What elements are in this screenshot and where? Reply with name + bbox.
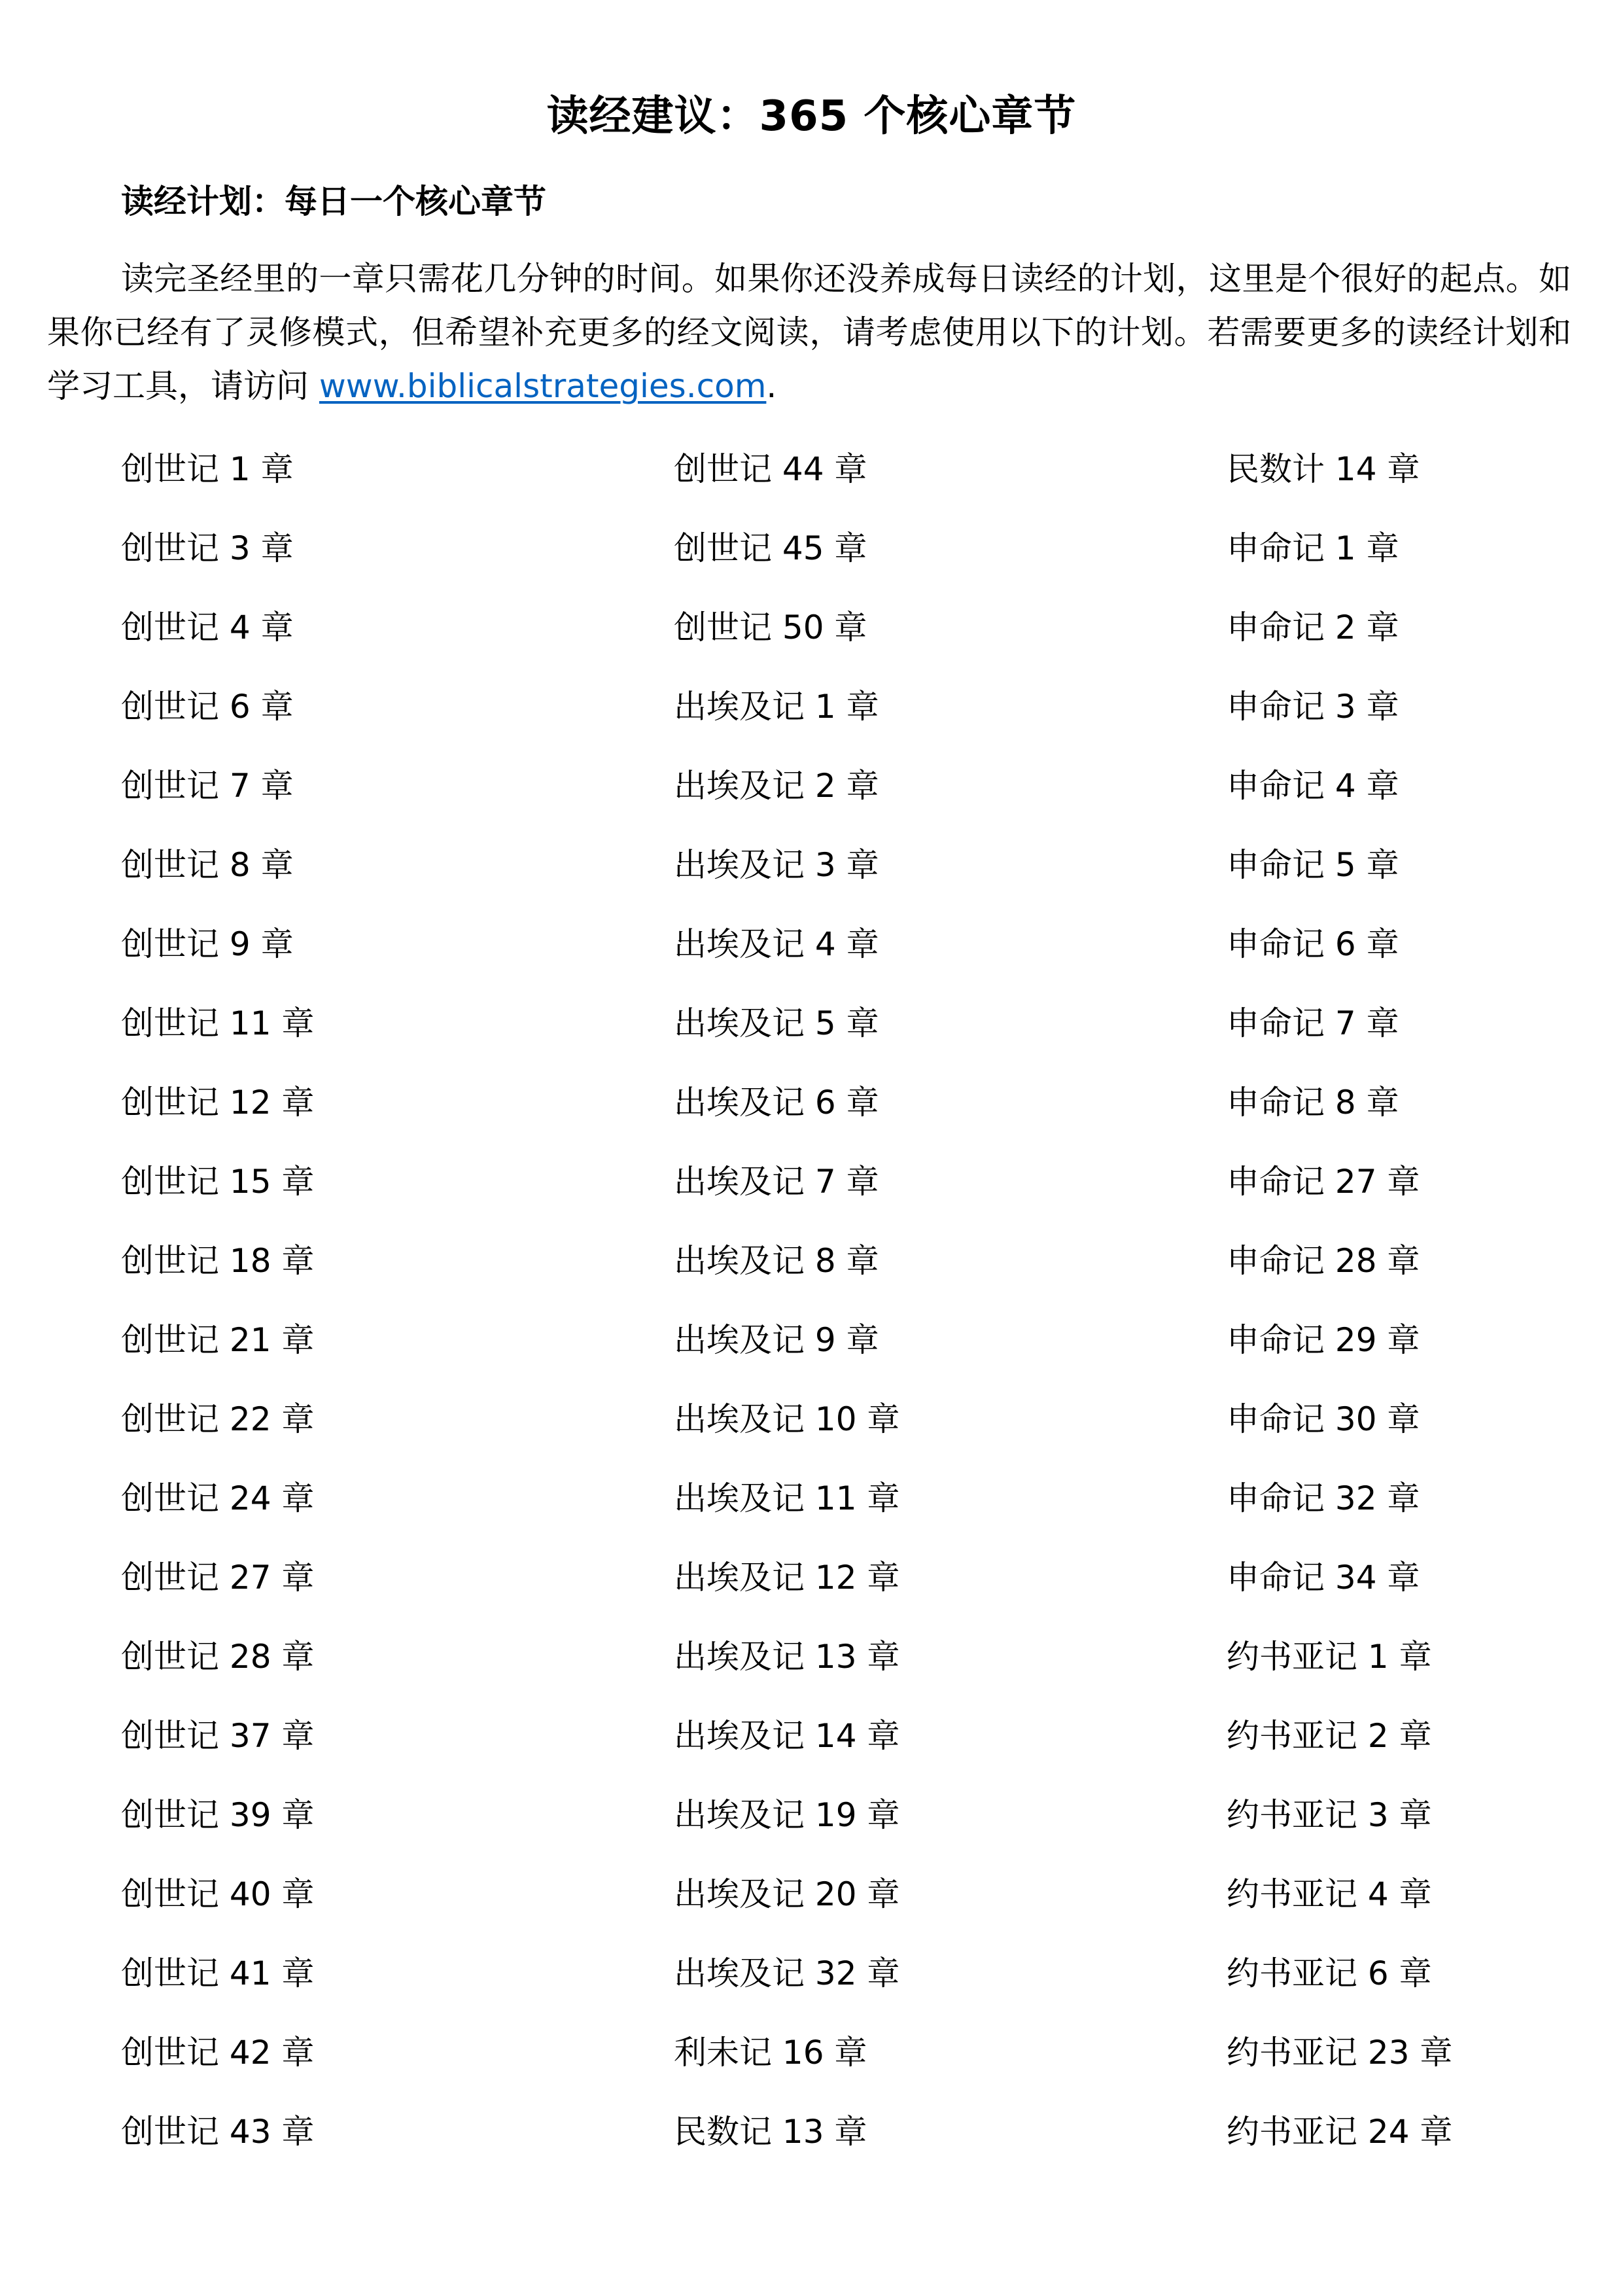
chapter-list-item: 出埃及记 6 章 — [674, 1073, 899, 1152]
intro-paragraph: 读完圣经里的一章只需花几分钟的时间。如果你还没养成每日读经的计划，这里是个很好的… — [47, 252, 1571, 413]
chapter-list-item: 出埃及记 3 章 — [674, 836, 899, 915]
chapter-list-item: 创世记 39 章 — [121, 1786, 314, 1865]
chapter-list-item: 约书亚记 2 章 — [1227, 1706, 1452, 1786]
chapter-list-item: 创世记 15 章 — [121, 1152, 314, 1231]
chapter-column-1: 创世记 1 章创世记 3 章创世记 4 章创世记 6 章创世记 7 章创世记 8… — [121, 440, 314, 2181]
chapter-list-item: 创世记 7 章 — [121, 756, 314, 836]
section-heading: 读经计划：每日一个核心章节 — [121, 175, 546, 228]
chapter-list-item: 出埃及记 5 章 — [674, 994, 899, 1073]
chapter-list-item: 约书亚记 23 章 — [1227, 2023, 1452, 2102]
intro-text: 读完圣经里的一章只需花几分钟的时间。如果你还没养成每日读经的计划，这里是个很好的… — [47, 260, 1571, 405]
chapter-list-item: 创世记 11 章 — [121, 994, 314, 1073]
chapter-list-item: 约书亚记 6 章 — [1227, 1944, 1452, 2023]
chapter-list-item: 出埃及记 1 章 — [674, 677, 899, 756]
chapter-list-item: 创世记 24 章 — [121, 1469, 314, 1548]
chapter-list-item: 创世记 40 章 — [121, 1865, 314, 1944]
chapter-list-item: 申命记 6 章 — [1227, 915, 1452, 994]
chapter-list-item: 创世记 21 章 — [121, 1311, 314, 1390]
chapter-list-item: 创世记 4 章 — [121, 598, 314, 677]
chapter-list-item: 出埃及记 19 章 — [674, 1786, 899, 1865]
chapter-list-item: 创世记 50 章 — [674, 598, 899, 677]
chapter-column-3: 民数计 14 章申命记 1 章申命记 2 章申命记 3 章申命记 4 章申命记 … — [1227, 440, 1452, 2181]
chapter-list-item: 利未记 16 章 — [674, 2023, 899, 2102]
chapter-list-item: 创世记 12 章 — [121, 1073, 314, 1152]
chapter-column-2: 创世记 44 章创世记 45 章创世记 50 章出埃及记 1 章出埃及记 2 章… — [674, 440, 899, 2181]
page-title: 读经建议：365 个核心章节 — [0, 84, 1623, 149]
chapter-list-item: 约书亚记 3 章 — [1227, 1786, 1452, 1865]
chapter-list-item: 约书亚记 1 章 — [1227, 1627, 1452, 1706]
chapter-list-item: 出埃及记 11 章 — [674, 1469, 899, 1548]
chapter-list-item: 创世记 41 章 — [121, 1944, 314, 2023]
chapter-list-item: 创世记 27 章 — [121, 1548, 314, 1627]
chapter-list-item: 申命记 32 章 — [1227, 1469, 1452, 1548]
chapter-list-item: 约书亚记 4 章 — [1227, 1865, 1452, 1944]
chapter-list-item: 约书亚记 24 章 — [1227, 2102, 1452, 2181]
chapter-list-item: 创世记 37 章 — [121, 1706, 314, 1786]
chapter-list-item: 申命记 3 章 — [1227, 677, 1452, 756]
document-page: 读经建议：365 个核心章节 读经计划：每日一个核心章节 读完圣经里的一章只需花… — [0, 0, 1623, 2296]
chapter-list-item: 出埃及记 7 章 — [674, 1152, 899, 1231]
chapter-list-item: 申命记 30 章 — [1227, 1390, 1452, 1469]
chapter-list-item: 申命记 2 章 — [1227, 598, 1452, 677]
chapter-list-item: 出埃及记 32 章 — [674, 1944, 899, 2023]
chapter-list-item: 创世记 22 章 — [121, 1390, 314, 1469]
chapter-list-item: 创世记 45 章 — [674, 519, 899, 598]
chapter-list-item: 出埃及记 8 章 — [674, 1231, 899, 1311]
chapter-list-item: 出埃及记 12 章 — [674, 1548, 899, 1627]
chapter-list-item: 申命记 27 章 — [1227, 1152, 1452, 1231]
chapter-list-item: 创世记 18 章 — [121, 1231, 314, 1311]
intro-trailing-period: . — [766, 367, 777, 405]
chapter-list-item: 申命记 8 章 — [1227, 1073, 1452, 1152]
chapter-list-item: 申命记 4 章 — [1227, 756, 1452, 836]
chapter-list-item: 创世记 3 章 — [121, 519, 314, 598]
chapter-list-item: 创世记 28 章 — [121, 1627, 314, 1706]
chapter-list-item: 申命记 29 章 — [1227, 1311, 1452, 1390]
chapter-list-item: 民数计 14 章 — [1227, 440, 1452, 519]
website-link[interactable]: www.biblicalstrategies.com — [319, 367, 767, 405]
chapter-list-item: 出埃及记 20 章 — [674, 1865, 899, 1944]
chapter-list-item: 创世记 42 章 — [121, 2023, 314, 2102]
chapter-list-item: 创世记 8 章 — [121, 836, 314, 915]
chapter-list-item: 创世记 1 章 — [121, 440, 314, 519]
chapter-list-item: 申命记 1 章 — [1227, 519, 1452, 598]
chapter-list-item: 创世记 43 章 — [121, 2102, 314, 2181]
chapter-list-item: 出埃及记 10 章 — [674, 1390, 899, 1469]
chapter-list-item: 出埃及记 13 章 — [674, 1627, 899, 1706]
chapter-list-item: 申命记 34 章 — [1227, 1548, 1452, 1627]
chapter-list-item: 创世记 9 章 — [121, 915, 314, 994]
chapter-list-item: 民数记 13 章 — [674, 2102, 899, 2181]
chapter-list-item: 申命记 28 章 — [1227, 1231, 1452, 1311]
chapter-list-item: 申命记 5 章 — [1227, 836, 1452, 915]
chapter-list-item: 出埃及记 9 章 — [674, 1311, 899, 1390]
chapter-list-item: 出埃及记 2 章 — [674, 756, 899, 836]
chapter-list-item: 出埃及记 14 章 — [674, 1706, 899, 1786]
chapter-list-item: 创世记 6 章 — [121, 677, 314, 756]
chapter-list-item: 出埃及记 4 章 — [674, 915, 899, 994]
chapter-list-item: 创世记 44 章 — [674, 440, 899, 519]
chapter-list-item: 申命记 7 章 — [1227, 994, 1452, 1073]
